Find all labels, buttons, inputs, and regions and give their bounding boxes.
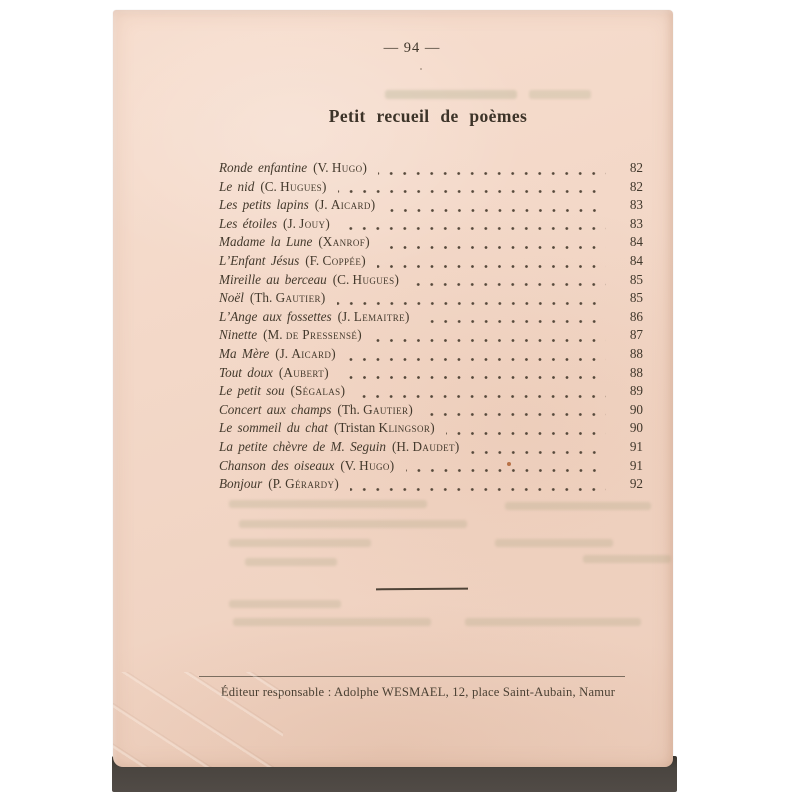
dot-leader xyxy=(347,358,606,362)
toc-entry-title: Ma Mère xyxy=(219,346,269,362)
bleed-through-smudge xyxy=(229,600,341,608)
toc-entry: Bonjour (P. Gérardy) 92 xyxy=(219,476,643,495)
toc-entry-title: L’Ange aux fossettes xyxy=(219,309,332,325)
page-title: Petit recueil de poèmes xyxy=(113,106,673,127)
bleed-through-smudge xyxy=(229,500,427,508)
toc-entry-author: (H. Daudet) xyxy=(392,439,460,455)
dot-leader xyxy=(338,190,606,194)
toc-entry-author: (J. Jouy) xyxy=(283,216,330,232)
dot-leader xyxy=(421,320,606,324)
toc-entry-author: (Xanrof) xyxy=(318,234,370,250)
toc-entry-author: (Tristan Klingsor) xyxy=(334,420,435,436)
bleed-through-smudge xyxy=(495,539,613,547)
dot-leader xyxy=(381,246,606,250)
paper-speck xyxy=(420,68,422,70)
toc-entry-author: (V. Hugo) xyxy=(340,458,394,474)
toc-entry-page: 85 xyxy=(615,272,643,288)
toc-entry-title: Les petits lapins xyxy=(219,197,309,213)
toc-entry-title: Chanson des oiseaux xyxy=(219,458,334,474)
toc-entry-author: (J. Lemaitre) xyxy=(338,309,410,325)
toc-entry-author: (C. Hugues) xyxy=(333,272,400,288)
toc-entry-title: Mireille au berceau xyxy=(219,272,327,288)
book-page: — 94 — Petit recueil de poèmes Ronde enf… xyxy=(113,10,673,767)
toc-entry: Ronde enfantine (V. Hugo) 82 xyxy=(219,160,643,179)
toc-entry-author: (Th. Gautier) xyxy=(250,290,326,306)
toc-entry: Noël (Th. Gautier) 85 xyxy=(219,290,643,309)
toc-entry-title: Tout doux xyxy=(219,365,273,381)
toc-entry: Mireille au berceau (C. Hugues) 85 xyxy=(219,272,643,291)
toc-entry: Les étoiles (J. Jouy) 83 xyxy=(219,216,643,235)
bleed-through-smudge xyxy=(529,90,591,99)
dot-leader xyxy=(446,432,606,436)
toc-entry: Tout doux (Aubert) 88 xyxy=(219,365,643,384)
toc-entry-title: Noël xyxy=(219,290,244,306)
dot-leader xyxy=(356,395,606,399)
toc-entry-page: 82 xyxy=(615,179,643,195)
toc-entry-author: (Th. Gautier) xyxy=(337,402,413,418)
toc-entry-title: Les étoiles xyxy=(219,216,277,232)
toc-entry: Le sommeil du chat (Tristan Klingsor) 90 xyxy=(219,420,643,439)
toc-entry: Le nid (C. Hugues) 82 xyxy=(219,179,643,198)
toc-entry-page: 82 xyxy=(615,160,643,176)
toc-entry-page: 85 xyxy=(615,290,643,306)
bleed-through-smudge xyxy=(239,520,467,528)
toc-entry-page: 90 xyxy=(615,420,643,436)
toc-entry-page: 84 xyxy=(615,253,643,269)
bleed-through-smudge xyxy=(465,618,641,626)
dot-leader xyxy=(406,469,606,473)
toc-entry: Le petit sou (Ségalas) 89 xyxy=(219,383,643,402)
toc-entry: Les petits lapins (J. Aicard) 83 xyxy=(219,197,643,216)
toc-entry: Ninette (M. de Pressensé) 87 xyxy=(219,327,643,346)
dot-leader xyxy=(471,451,606,455)
dot-leader xyxy=(424,413,606,417)
toc-entry-page: 84 xyxy=(615,234,643,250)
bleed-through-smudge xyxy=(229,539,371,547)
bleed-through-smudge xyxy=(245,558,337,566)
toc-entry-page: 83 xyxy=(615,197,643,213)
rust-speck xyxy=(507,462,511,466)
dot-leader xyxy=(340,376,606,380)
dot-leader xyxy=(350,488,606,492)
toc-entry-title: Le nid xyxy=(219,179,254,195)
toc-entry-page: 91 xyxy=(615,458,643,474)
toc-entry-title: Ronde enfantine xyxy=(219,160,307,176)
toc-entry-author: (J. Aicard) xyxy=(315,197,376,213)
dot-leader xyxy=(341,227,606,231)
imprint-line: Éditeur responsable : Adolphe WESMAEL, 1… xyxy=(113,685,673,700)
toc-entry-author: (P. Gérardy) xyxy=(268,476,339,492)
toc-entry: Ma Mère (J. Aicard) 88 xyxy=(219,346,643,365)
toc-entry: Madame la Lune (Xanrof) 84 xyxy=(219,234,643,253)
bleed-through-smudge xyxy=(233,618,431,626)
toc-entry-author: (Ségalas) xyxy=(291,383,346,399)
toc-entry: L’Enfant Jésus (F. Coppée) 84 xyxy=(219,253,643,272)
page-number-header: — 94 — xyxy=(113,40,673,57)
dot-leader xyxy=(373,339,606,343)
toc-entry-title: Concert aux champs xyxy=(219,402,331,418)
toc-entry-title: Madame la Lune xyxy=(219,234,312,250)
toc-entry-page: 88 xyxy=(615,365,643,381)
toc-entry-title: Le sommeil du chat xyxy=(219,420,328,436)
toc-entry-title: Le petit sou xyxy=(219,383,285,399)
toc-entry-author: (Aubert) xyxy=(279,365,329,381)
dot-leader xyxy=(410,283,606,287)
bleed-through-smudge xyxy=(583,555,671,563)
toc-entry-page: 87 xyxy=(615,327,643,343)
dot-leader xyxy=(378,172,606,176)
toc-entry-page: 83 xyxy=(615,216,643,232)
toc-entry-title: Ninette xyxy=(219,327,257,343)
toc-entry-author: (F. Coppée) xyxy=(305,253,366,269)
toc-entry-title: Bonjour xyxy=(219,476,262,492)
toc-entry-author: (J. Aicard) xyxy=(275,346,336,362)
dot-leader xyxy=(377,265,606,269)
dot-leader xyxy=(387,209,606,213)
toc-entry-page: 86 xyxy=(615,309,643,325)
dot-leader xyxy=(337,302,606,306)
toc-entry-author: (M. de Pressensé) xyxy=(263,327,362,343)
toc-entry-page: 92 xyxy=(615,476,643,492)
section-divider-rule xyxy=(376,588,468,591)
toc-entry-author: (C. Hugues) xyxy=(260,179,327,195)
bleed-through-smudge xyxy=(505,502,651,510)
toc-entry-author: (V. Hugo) xyxy=(313,160,367,176)
toc-entry-page: 89 xyxy=(615,383,643,399)
toc-entry-title: L’Enfant Jésus xyxy=(219,253,299,269)
imprint-rule xyxy=(199,676,625,677)
table-of-contents: Ronde enfantine (V. Hugo) 82 Le nid (C. … xyxy=(219,160,643,495)
bleed-through-smudge xyxy=(385,90,517,99)
toc-entry-page: 91 xyxy=(615,439,643,455)
toc-entry-title: La petite chèvre de M. Seguin xyxy=(219,439,386,455)
toc-entry: Chanson des oiseaux (V. Hugo) 91 xyxy=(219,458,643,477)
toc-entry: La petite chèvre de M. Seguin (H. Daudet… xyxy=(219,439,643,458)
scanned-page-photo: — 94 — Petit recueil de poèmes Ronde enf… xyxy=(0,0,800,800)
toc-entry-page: 90 xyxy=(615,402,643,418)
toc-entry: L’Ange aux fossettes (J. Lemaitre) 86 xyxy=(219,309,643,328)
toc-entry-page: 88 xyxy=(615,346,643,362)
toc-entry: Concert aux champs (Th. Gautier) 90 xyxy=(219,402,643,421)
